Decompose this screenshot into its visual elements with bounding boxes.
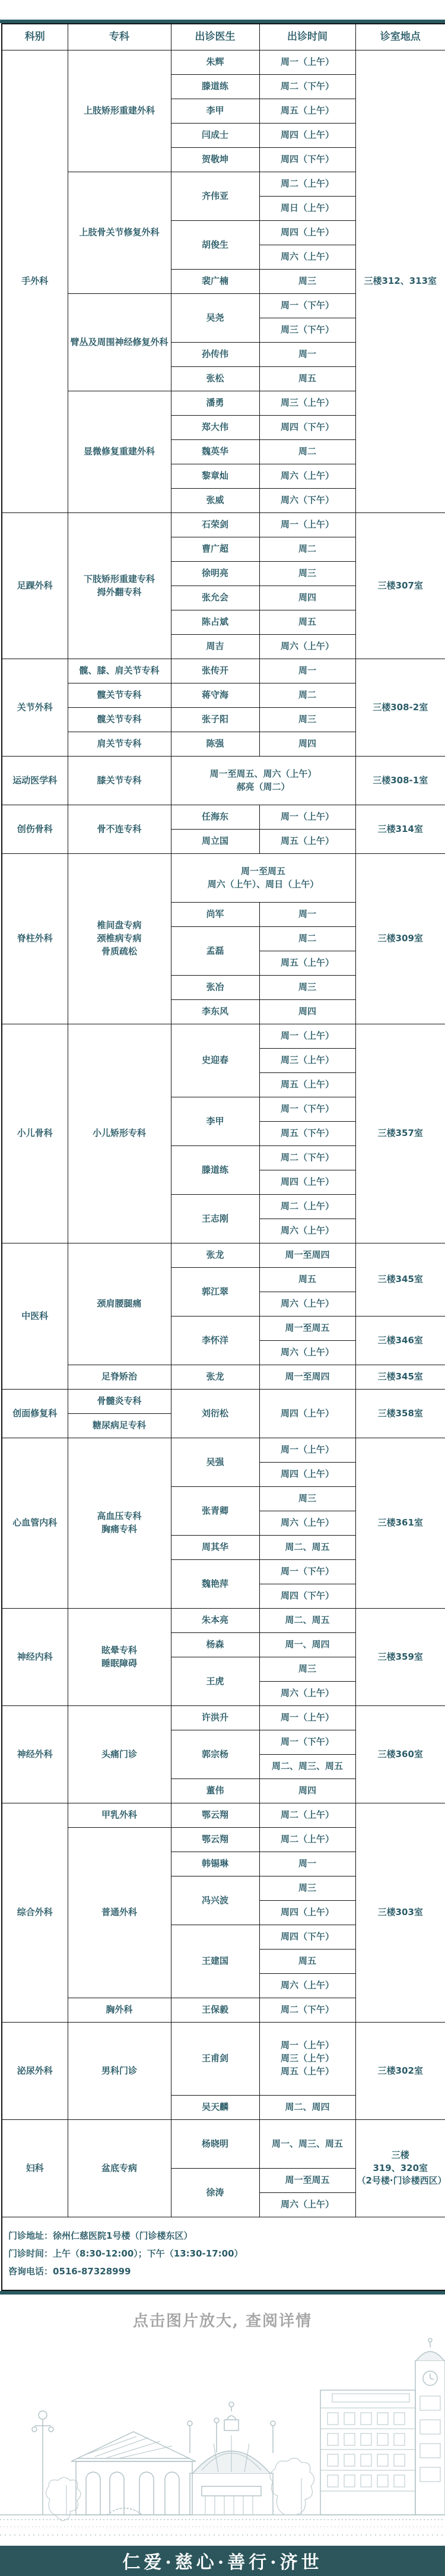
time-cell: 周三 <box>259 562 355 586</box>
time-cell: 周三（下午） <box>259 318 355 343</box>
table-row: 手外科上肢矫形重建外科朱辉周一（上午）三楼312、313室 <box>2 50 445 75</box>
time-cell: 周一 <box>259 343 355 367</box>
doctor-cell: 鄂云翔 <box>171 1828 259 1852</box>
column-header: 专科 <box>68 24 171 50</box>
hospital-illustration[interactable] <box>0 2337 445 2546</box>
doctor-cell: 闫成士 <box>171 124 259 148</box>
table-row: 脊柱外科椎间盘专病 颈椎病专病 骨质疏松周一至周五 周六（上午）、周日（上午）三… <box>2 854 445 903</box>
time-cell: 周四（上午） <box>259 1170 355 1195</box>
room-cell: 三楼346室 <box>355 1317 445 1365</box>
doctor-cell: 朱辉 <box>171 50 259 75</box>
doctor-cell: 王建国 <box>171 1925 259 1998</box>
doctor-cell: 潘勇 <box>171 391 259 416</box>
table-row: 神经内科眩晕专科 睡眠障碍朱本亮周二、周五三楼359室 <box>2 1609 445 1633</box>
doctor-cell: 张青卿 <box>171 1487 259 1536</box>
time-cell: 周五（上午） <box>259 1073 355 1097</box>
column-header: 诊室地点 <box>355 24 445 50</box>
specialty-cell: 甲乳外科 <box>68 1803 171 1828</box>
table-row: 中医科颈肩腰腿痛张龙周一至周四三楼345室 <box>2 1243 445 1268</box>
department-cell: 创伤骨科 <box>2 805 68 854</box>
column-header: 科别 <box>2 24 68 50</box>
room-cell: 三楼308-1室 <box>355 757 445 805</box>
time-cell: 周五（下午） <box>259 1122 355 1146</box>
specialty-cell: 上肢骨关节修复外科 <box>68 172 171 294</box>
time-cell: 周一至周五 <box>259 2169 355 2193</box>
room-cell: 三楼358室 <box>355 1390 445 1438</box>
doctor-cell: 张龙 <box>171 1243 259 1268</box>
doctor-cell: 曹广超 <box>171 537 259 562</box>
doctor-cell: 徐明亮 <box>171 562 259 586</box>
schedule-page: 科别专科出诊医生出诊时间诊室地点 手外科上肢矫形重建外科朱辉周一（上午）三楼31… <box>0 0 445 2576</box>
department-cell: 足踝外科 <box>2 513 68 659</box>
doctor-cell: 郑大伟 <box>171 416 259 440</box>
specialty-cell: 上肢矫形重建外科 <box>68 50 171 172</box>
time-cell: 周六（上午） <box>259 1682 355 1706</box>
doctor-cell: 李甲 <box>171 1097 259 1146</box>
time-cell: 周二（上午） <box>259 1828 355 1852</box>
room-cell: 三楼314室 <box>355 805 445 854</box>
time-cell: 周四（下午） <box>259 1925 355 1950</box>
time-cell: 周四（上午） <box>259 124 355 148</box>
table-row: 泌尿外科男科门诊王甫剑周一（上午） 周三（上午） 周五（上午）三楼302室 <box>2 2023 445 2096</box>
time-cell: 周三 <box>259 270 355 294</box>
specialty-cell: 普通外科 <box>68 1828 171 1998</box>
specialty-cell: 胸外科 <box>68 1998 171 2023</box>
time-cell: 周二（下午） <box>259 75 355 99</box>
time-cell: 周一、周四 <box>259 1633 355 1657</box>
doctor-cell: 吴强 <box>171 1438 259 1487</box>
doctor-cell: 刘衍松 <box>171 1390 259 1438</box>
column-header: 出诊时间 <box>259 24 355 50</box>
room-cell: 三楼308-2室 <box>355 659 445 757</box>
doctor-cell: 李怀洋 <box>171 1317 259 1365</box>
time-cell: 周四（上午） <box>259 1463 355 1487</box>
time-cell: 周一（上午） 周三（上午） 周五（上午） <box>259 2023 355 2096</box>
time-cell: 周五 <box>259 610 355 635</box>
room-cell: 三楼360室 <box>355 1706 445 1803</box>
room-cell: 三楼302室 <box>355 2023 445 2120</box>
time-cell: 周六（下午） <box>259 489 355 513</box>
time-cell: 周四 <box>259 586 355 610</box>
specialty-cell: 足脊矫治 <box>68 1365 171 1390</box>
doctor-cell: 胡俊生 <box>171 221 259 270</box>
time-cell: 周一（下午） <box>259 1560 355 1584</box>
specialty-cell: 颈肩腰腿痛 <box>68 1243 171 1365</box>
doctor-cell: 张子阳 <box>171 708 259 732</box>
room-cell: 三楼303室 <box>355 1803 445 2023</box>
time-cell: 周三 <box>259 1876 355 1901</box>
schedule-merged-cell: 周一至周五、周六（上午） 郝亮（周二） <box>171 757 355 805</box>
department-cell: 运动医学科 <box>2 757 68 805</box>
doctor-cell: 任海东 <box>171 805 259 830</box>
enlarge-hint-caption: 点击图片放大, 查阅详情 <box>0 2309 445 2331</box>
doctor-cell: 张龙 <box>171 1365 259 1390</box>
doctor-cell: 冯兴波 <box>171 1876 259 1925</box>
specialty-cell: 显微修复重建外科 <box>68 391 171 513</box>
time-cell: 周一、周三、周五 <box>259 2120 355 2169</box>
slogan-text: 仁爱·慈心·善行·济世 <box>122 2547 322 2574</box>
time-cell: 周二、周五 <box>259 1609 355 1633</box>
room-cell: 三楼359室 <box>355 1609 445 1706</box>
time-cell: 周二 <box>259 683 355 708</box>
doctor-cell: 黎章灿 <box>171 464 259 489</box>
specialty-cell: 骨髓炎专科 <box>68 1390 171 1414</box>
doctor-cell: 鄂云翔 <box>171 1803 259 1828</box>
table-row: 门诊地址：徐州仁慈医院1号楼（门诊楼东区） 门诊时间：上午（8:30-12:00… <box>2 2217 445 2290</box>
room-cell: 三楼307室 <box>355 513 445 659</box>
specialty-cell: 椎间盘专病 颈椎病专病 骨质疏松 <box>68 854 171 1024</box>
doctor-cell: 张冶 <box>171 976 259 1000</box>
table-header: 科别专科出诊医生出诊时间诊室地点 <box>2 24 445 50</box>
doctor-cell: 郭江翠 <box>171 1268 259 1317</box>
time-cell: 周三（上午） <box>259 391 355 416</box>
time-cell: 周六（上午） <box>259 2193 355 2217</box>
table-row: 神经外科头痛门诊许洪升周一（上午）三楼360室 <box>2 1706 445 1730</box>
time-cell: 周一 <box>259 659 355 683</box>
time-cell: 周一 <box>259 903 355 927</box>
slogan-bar: 仁爱·慈心·善行·济世 <box>0 2546 445 2576</box>
time-cell: 周二（下午） <box>259 1146 355 1170</box>
room-cell: 三楼357室 <box>355 1024 445 1243</box>
doctor-cell: 张松 <box>171 367 259 391</box>
department-cell: 神经外科 <box>2 1706 68 1803</box>
time-cell: 周一 <box>259 1852 355 1876</box>
department-cell: 神经内科 <box>2 1609 68 1706</box>
doctor-cell: 韩锡琳 <box>171 1852 259 1876</box>
schedule-table[interactable]: 科别专科出诊医生出诊时间诊室地点 手外科上肢矫形重建外科朱辉周一（上午）三楼31… <box>1 23 445 2291</box>
specialty-cell: 膝关节专科 <box>68 757 171 805</box>
specialty-cell: 小儿矫形专科 <box>68 1024 171 1243</box>
department-cell: 综合外科 <box>2 1803 68 2023</box>
table-row: 创面修复科骨髓炎专科刘衍松周四（上午）三楼358室 <box>2 1390 445 1414</box>
department-cell: 创面修复科 <box>2 1390 68 1438</box>
time-cell: 周一（上午） <box>259 805 355 830</box>
doctor-cell: 吴尧 <box>171 294 259 343</box>
time-cell: 周一（上午） <box>259 50 355 75</box>
time-cell: 周一（上午） <box>259 1706 355 1730</box>
table-row: 综合外科甲乳外科鄂云翔周二（上午）三楼303室 <box>2 1803 445 1828</box>
department-cell: 关节外科 <box>2 659 68 757</box>
time-cell: 周一（上午） <box>259 1438 355 1463</box>
doctor-cell: 贺敬坤 <box>171 148 259 172</box>
specialty-cell: 糖尿病足专科 <box>68 1414 171 1438</box>
room-cell: 三楼312、313室 <box>355 50 445 513</box>
time-cell: 周一至周四 <box>259 1365 355 1390</box>
doctor-cell: 张传开 <box>171 659 259 683</box>
doctor-cell: 齐伟亚 <box>171 172 259 221</box>
department-cell: 妇科 <box>2 2120 68 2217</box>
room-cell: 三楼345室 <box>355 1243 445 1317</box>
time-cell: 周三 <box>259 1487 355 1511</box>
time-cell: 周一至周五 <box>259 1317 355 1341</box>
time-cell: 周四 <box>259 1779 355 1803</box>
time-cell: 周三 <box>259 708 355 732</box>
table-row: 足脊矫治张龙周一至周四三楼345室 <box>2 1365 445 1390</box>
time-cell: 周四（上午） <box>259 221 355 245</box>
room-cell: 三楼345室 <box>355 1365 445 1390</box>
doctor-cell: 张威 <box>171 489 259 513</box>
time-cell: 周五（上午） <box>259 830 355 854</box>
time-cell: 周二（下午） <box>259 1998 355 2023</box>
table-bottom-accent-bar <box>0 2291 445 2295</box>
specialty-cell: 髋关节专科 <box>68 683 171 708</box>
doctor-cell: 石荣剑 <box>171 513 259 537</box>
specialty-cell: 头痛门诊 <box>68 1706 171 1803</box>
time-cell: 周二、周四 <box>259 2096 355 2120</box>
table-row: 运动医学科膝关节专科周一至周五、周六（上午） 郝亮（周二）三楼308-1室 <box>2 757 445 805</box>
department-cell: 脊柱外科 <box>2 854 68 1024</box>
doctor-cell: 徐涛 <box>171 2169 259 2217</box>
time-cell: 周五（上午） <box>259 99 355 124</box>
department-cell: 心血管内科 <box>2 1438 68 1609</box>
doctor-cell: 许洪升 <box>171 1706 259 1730</box>
doctor-cell: 滕道练 <box>171 75 259 99</box>
time-cell: 周五 <box>259 1268 355 1292</box>
department-cell: 中医科 <box>2 1243 68 1390</box>
table-row: 小儿骨科小儿矫形专科史迎春周一（上午）三楼357室 <box>2 1024 445 1049</box>
doctor-cell: 陈强 <box>171 732 259 757</box>
doctor-cell: 张允会 <box>171 586 259 610</box>
room-cell: 三楼361室 <box>355 1438 445 1609</box>
doctor-cell: 李甲 <box>171 99 259 124</box>
time-cell: 周四（上午） <box>259 1901 355 1925</box>
time-cell: 周二 <box>259 927 355 951</box>
specialty-cell: 下肢矫形重建专科 拇外翻专科 <box>68 513 171 659</box>
doctor-cell: 王甫剑 <box>171 2023 259 2096</box>
doctor-cell: 孙传伟 <box>171 343 259 367</box>
time-cell: 周四 <box>259 732 355 757</box>
time-cell: 周六（上午） <box>259 1341 355 1365</box>
time-cell: 周六（上午） <box>259 464 355 489</box>
time-cell: 周二、周三、周五 <box>259 1755 355 1779</box>
doctor-cell: 蒋守海 <box>171 683 259 708</box>
time-cell: 周四（下午） <box>259 1584 355 1609</box>
time-cell: 周二（上午） <box>259 1195 355 1219</box>
time-cell: 周六（上午） <box>259 1511 355 1536</box>
table-row: 足踝外科下肢矫形重建专科 拇外翻专科石荣剑周一（上午）三楼307室 <box>2 513 445 537</box>
doctor-cell: 杨晓明 <box>171 2120 259 2169</box>
specialty-cell: 眩晕专科 睡眠障碍 <box>68 1609 171 1706</box>
doctor-cell: 周吉 <box>171 635 259 659</box>
doctor-cell: 魏艳萍 <box>171 1560 259 1609</box>
time-cell: 周日（上午） <box>259 197 355 221</box>
doctor-cell: 魏英华 <box>171 440 259 464</box>
doctor-cell: 李东风 <box>171 1000 259 1024</box>
time-cell: 周一（下午） <box>259 294 355 318</box>
doctor-cell: 尚军 <box>171 903 259 927</box>
doctor-cell: 裴广楠 <box>171 270 259 294</box>
specialty-cell: 肩关节专科 <box>68 732 171 757</box>
time-cell: 周四 <box>259 1000 355 1024</box>
header-row: 科别专科出诊医生出诊时间诊室地点 <box>2 24 445 50</box>
schedule-merged-cell: 周一至周五 周六（上午）、周日（上午） <box>171 854 355 903</box>
doctor-cell: 王志刚 <box>171 1195 259 1243</box>
table-body: 手外科上肢矫形重建外科朱辉周一（上午）三楼312、313室滕道练周二（下午）李甲… <box>2 50 445 2290</box>
time-cell: 周二 <box>259 537 355 562</box>
doctor-cell: 吴天麟 <box>171 2096 259 2120</box>
time-cell: 周五（上午） <box>259 951 355 976</box>
time-cell: 周一至周四 <box>259 1243 355 1268</box>
time-cell: 周二（上午） <box>259 1803 355 1828</box>
doctor-cell: 周其华 <box>171 1536 259 1560</box>
time-cell: 周六（上午） <box>259 1219 355 1243</box>
specialty-cell: 髋关节专科 <box>68 708 171 732</box>
specialty-cell: 盆底专病 <box>68 2120 171 2217</box>
top-margin <box>0 0 445 20</box>
doctor-cell: 杨森 <box>171 1633 259 1657</box>
time-cell: 周二（上午） <box>259 172 355 197</box>
time-cell: 周六（上午） <box>259 1292 355 1317</box>
time-cell: 周五 <box>259 1950 355 1974</box>
department-cell: 小儿骨科 <box>2 1024 68 1243</box>
time-cell: 周三 <box>259 1657 355 1682</box>
specialty-cell: 男科门诊 <box>68 2023 171 2120</box>
specialty-cell: 髋、膝、肩关节专科 <box>68 659 171 683</box>
table-row: 创伤骨科骨不连专科任海东周一（上午）三楼314室 <box>2 805 445 830</box>
time-cell: 周一（下午） <box>259 1730 355 1755</box>
time-cell: 周一（上午） <box>259 1024 355 1049</box>
time-cell: 周六（上午） <box>259 635 355 659</box>
time-cell: 周五 <box>259 367 355 391</box>
time-cell: 周四（上午） <box>259 1390 355 1438</box>
doctor-cell: 郭宗杨 <box>171 1730 259 1779</box>
time-cell: 周六（上午） <box>259 1974 355 1998</box>
doctor-cell: 周立国 <box>171 830 259 854</box>
department-cell: 泌尿外科 <box>2 2023 68 2120</box>
doctor-cell: 孟磊 <box>171 927 259 976</box>
doctor-cell: 董伟 <box>171 1779 259 1803</box>
doctor-cell: 陈占斌 <box>171 610 259 635</box>
specialty-cell: 高血压专科 胸痛专科 <box>68 1438 171 1609</box>
time-cell: 周三 <box>259 976 355 1000</box>
time-cell: 周四（下午） <box>259 148 355 172</box>
time-cell: 周六（上午） <box>259 245 355 270</box>
doctor-cell: 史迎春 <box>171 1024 259 1097</box>
doctor-cell: 王虎 <box>171 1657 259 1706</box>
doctor-cell: 朱本亮 <box>171 1609 259 1633</box>
time-cell: 周三（上午） <box>259 1049 355 1073</box>
specialty-cell: 骨不连专科 <box>68 805 171 854</box>
time-cell: 周二 <box>259 440 355 464</box>
room-cell: 三楼 319、320室 （2号楼·门诊楼西区） <box>355 2120 445 2217</box>
column-header: 出诊医生 <box>171 24 259 50</box>
doctor-cell: 滕道练 <box>171 1146 259 1195</box>
table-row: 关节外科髋、膝、肩关节专科张传开周一三楼308-2室 <box>2 659 445 683</box>
clinic-notes: 门诊地址：徐州仁慈医院1号楼（门诊楼东区） 门诊时间：上午（8:30-12:00… <box>2 2217 445 2290</box>
time-cell: 周一（下午） <box>259 1097 355 1122</box>
room-cell: 三楼309室 <box>355 854 445 1024</box>
time-cell: 周二、周五 <box>259 1536 355 1560</box>
time-cell: 周一（上午） <box>259 513 355 537</box>
specialty-cell: 臂丛及周围神经修复外科 <box>68 294 171 391</box>
time-cell: 周四（下午） <box>259 416 355 440</box>
table-row: 妇科盆底专病杨晓明周一、周三、周五三楼 319、320室 （2号楼·门诊楼西区） <box>2 2120 445 2169</box>
department-cell: 手外科 <box>2 50 68 513</box>
doctor-cell: 王保毅 <box>171 1998 259 2023</box>
table-row: 心血管内科高血压专科 胸痛专科吴强周一（上午）三楼361室 <box>2 1438 445 1463</box>
